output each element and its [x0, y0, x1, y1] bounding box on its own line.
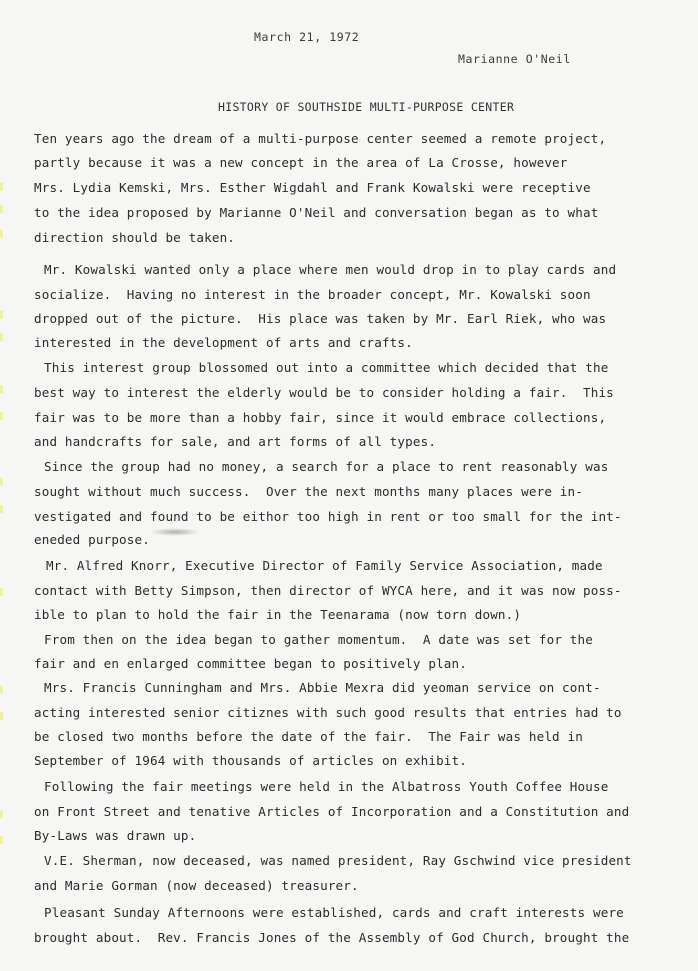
document-date: March 21, 1972 [254, 29, 359, 45]
text-line: interested in the development of arts an… [34, 335, 413, 351]
highlight-mark [0, 588, 3, 596]
text-line: and handcrafts for sale, and art forms o… [34, 434, 436, 450]
highlight-mark [0, 183, 3, 191]
text-line: be closed two months before the date of … [34, 729, 583, 745]
text-line: sought without much success. Over the ne… [34, 484, 583, 500]
text-line: September of 1964 with thousands of arti… [34, 753, 467, 769]
highlight-mark [0, 412, 3, 420]
document-page: March 21, 1972 Marianne O'Neil HISTORY O… [0, 0, 698, 971]
text-line: V.E. Sherman, now deceased, was named pr… [44, 853, 632, 869]
text-line: socialize. Having no interest in the bro… [34, 287, 591, 303]
text-line: and Marie Gorman (now deceased) treasure… [34, 878, 359, 894]
document-author: Marianne O'Neil [458, 51, 571, 67]
text-line: contact with Betty Simpson, then directo… [34, 583, 622, 599]
text-line: to the idea proposed by Marianne O'Neil … [34, 205, 598, 221]
text-line: ible to plan to hold the fair in the Tee… [34, 607, 521, 623]
ink-smudge [150, 528, 200, 536]
text-line: From then on the idea began to gather mo… [44, 632, 593, 648]
highlight-mark [0, 505, 3, 513]
document-title: HISTORY OF SOUTHSIDE MULTI-PURPOSE CENTE… [218, 99, 514, 115]
text-line: Mrs. Francis Cunningham and Mrs. Abbie M… [44, 680, 601, 696]
text-line: Mr. Kowalski wanted only a place where m… [44, 262, 616, 278]
text-line: This interest group blossomed out into a… [44, 360, 608, 376]
text-line: Following the fair meetings were held in… [44, 779, 608, 795]
text-line: Pleasant Sunday Afternoons were establis… [44, 905, 624, 921]
text-line: Mrs. Lydia Kemski, Mrs. Esther Wigdahl a… [34, 180, 591, 196]
highlight-mark [0, 230, 3, 238]
text-line: acting interested senior citiznes with s… [34, 705, 622, 721]
highlight-mark [0, 478, 3, 486]
highlight-mark [0, 810, 3, 818]
highlight-mark [0, 686, 3, 694]
text-line: Since the group had no money, a search f… [44, 459, 608, 475]
highlight-mark [0, 385, 3, 393]
highlight-mark [0, 311, 3, 319]
highlight-mark [0, 836, 3, 844]
text-line: Mr. Alfred Knorr, Executive Director of … [46, 558, 603, 574]
text-line: direction should be taken. [34, 230, 235, 246]
text-line: Ten years ago the dream of a multi-purpo… [34, 131, 606, 147]
highlight-mark [0, 333, 3, 341]
text-line: partly because it was a new concept in t… [34, 155, 568, 171]
highlight-mark [0, 712, 3, 720]
text-line: dropped out of the picture. His place wa… [34, 311, 606, 327]
text-line: eneded purpose. [34, 532, 150, 548]
highlight-mark [0, 205, 3, 213]
text-line: brought about. Rev. Francis Jones of the… [34, 930, 629, 946]
text-line: By-Laws was drawn up. [34, 828, 196, 844]
text-line: best way to interest the elderly would b… [34, 385, 614, 401]
text-line: fair was to be more than a hobby fair, s… [34, 410, 606, 426]
text-line: vestigated and found to be eithor too hi… [34, 509, 622, 525]
text-line: fair and en enlarged committee began to … [34, 656, 467, 672]
text-line: on Front Street and tenative Articles of… [34, 804, 629, 820]
